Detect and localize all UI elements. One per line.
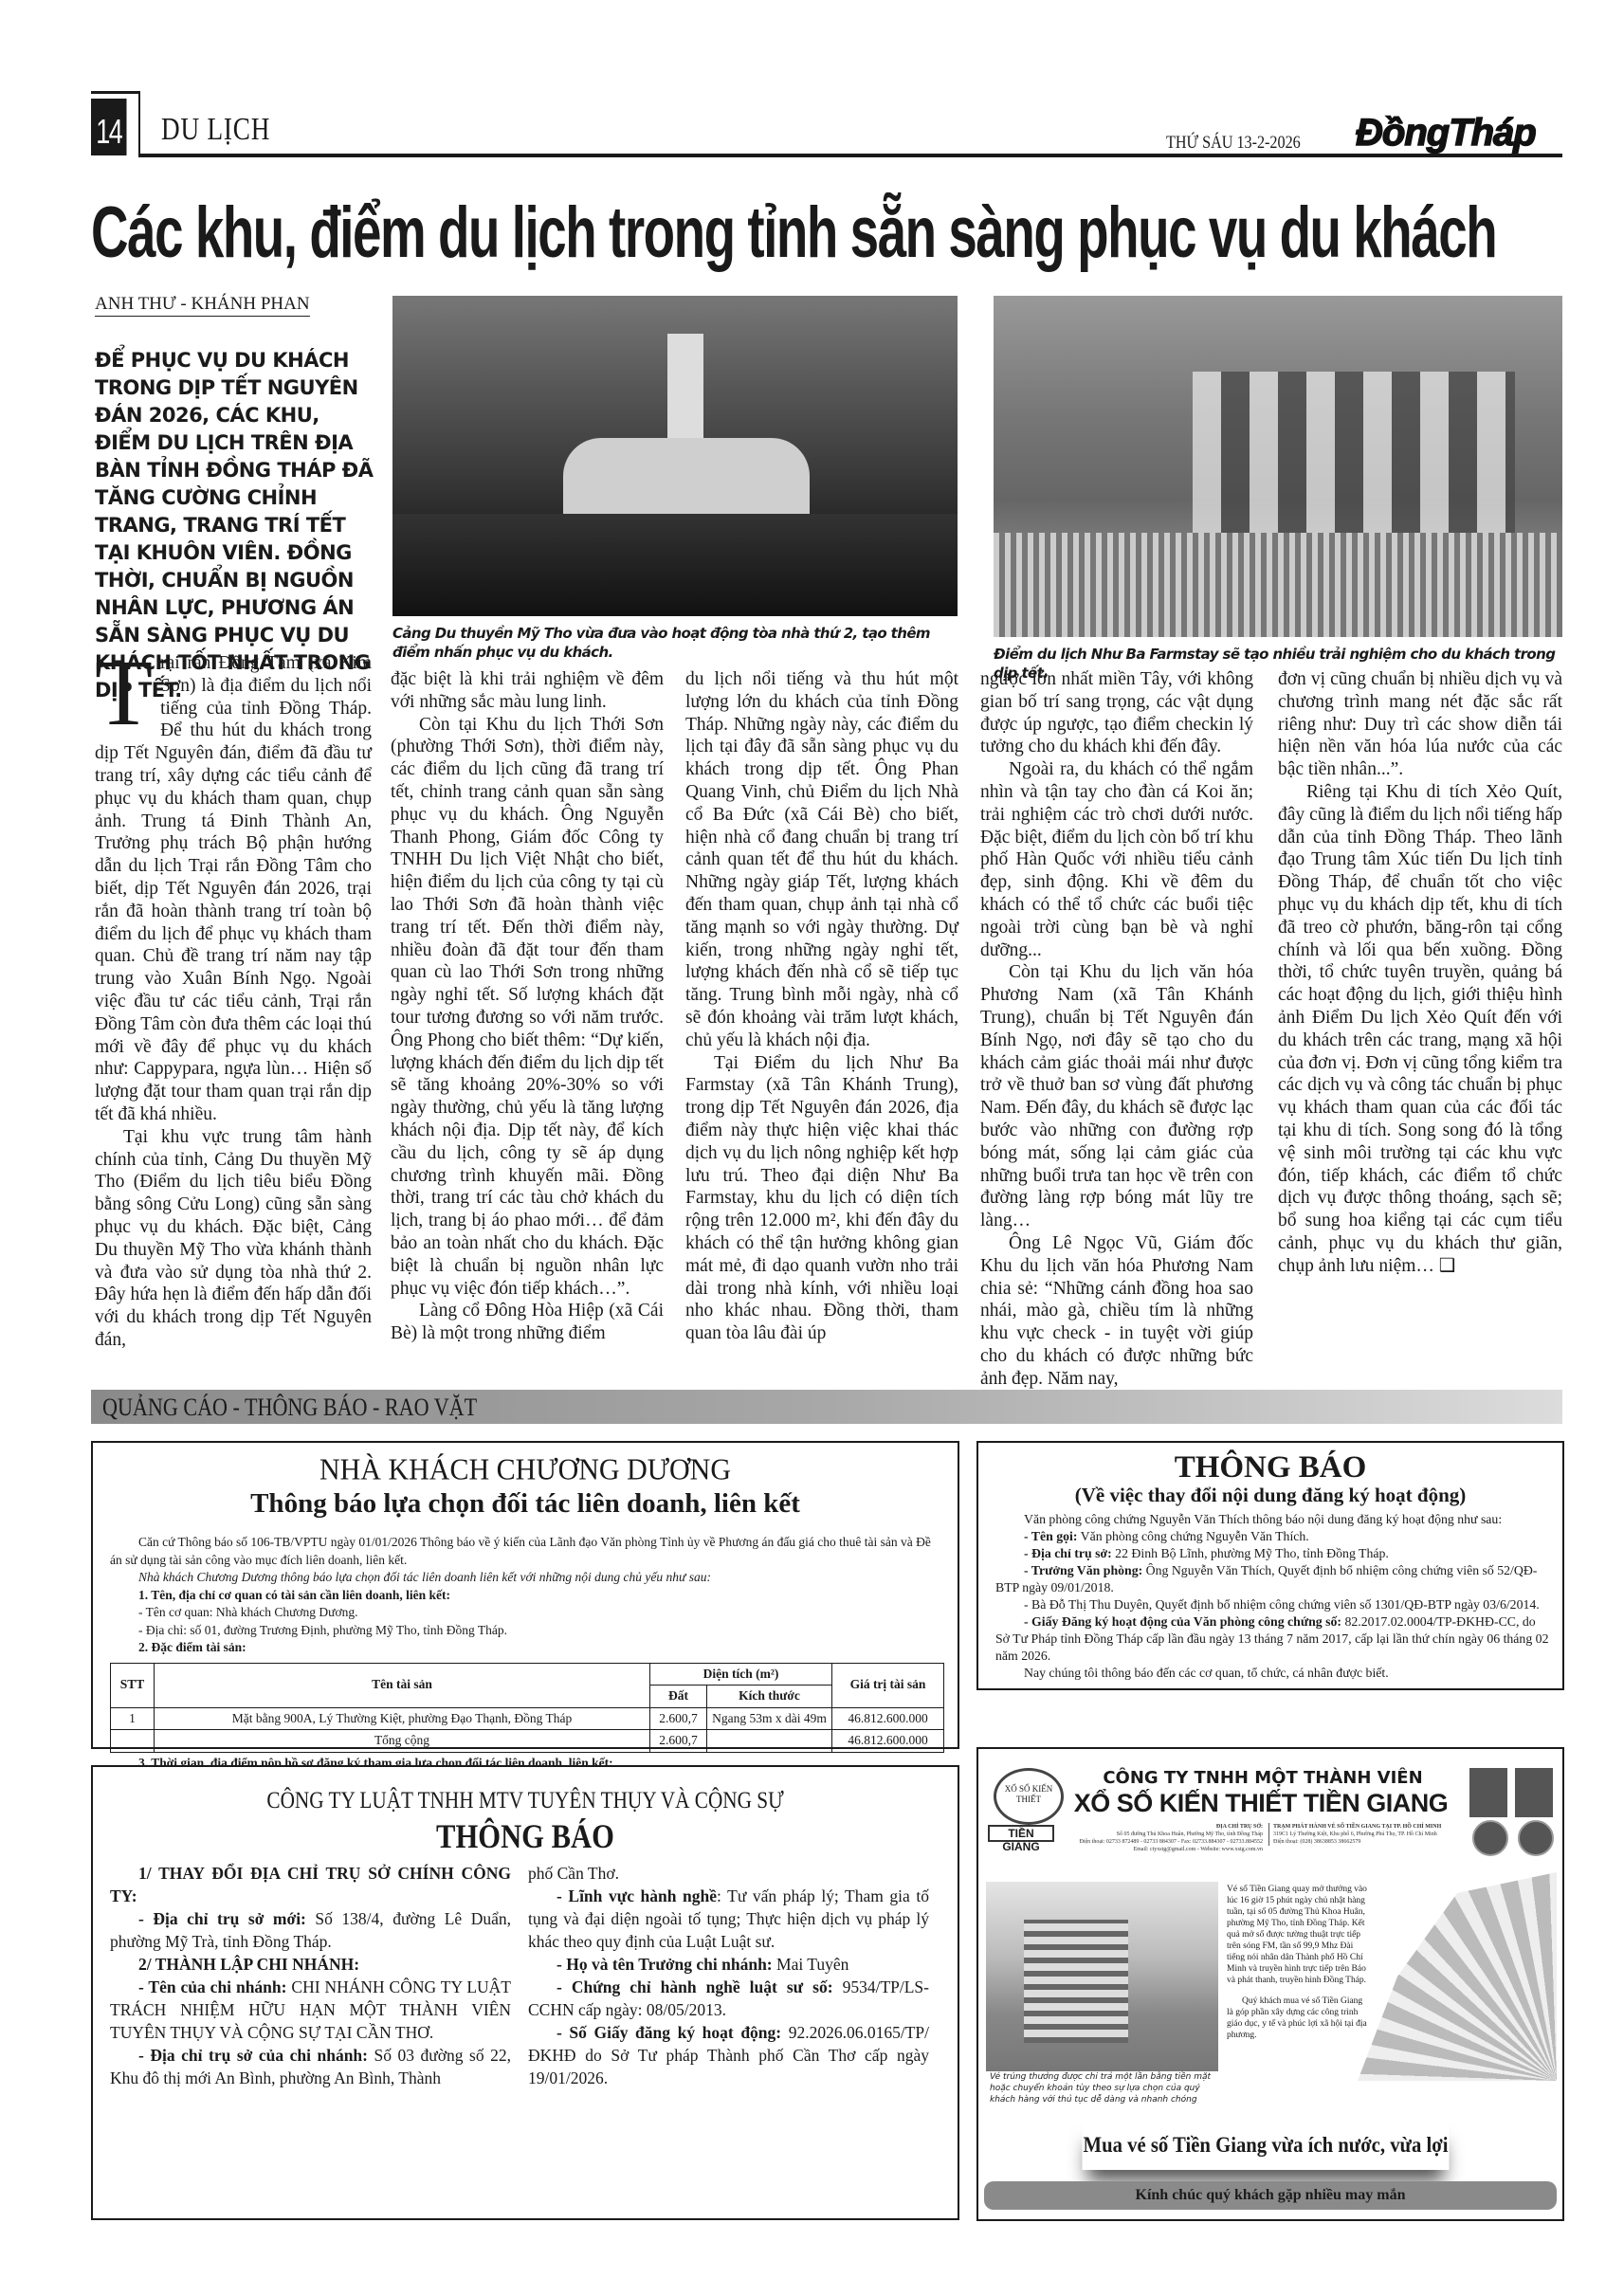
ad-notary-notice: THÔNG BÁO (Về việc thay đổi nội dung đăn… <box>976 1441 1564 1690</box>
article-paragraph: Riêng tại Khu di tích Xẻo Quít, đây cũng… <box>1278 781 1562 1278</box>
ad-line: - Giấy Đăng ký hoạt động của Văn phòng c… <box>995 1613 1551 1665</box>
table-row: 1 Mặt bằng 900A, Lý Thường Kiệt, phường … <box>111 1707 944 1730</box>
article-paragraph: Còn tại Khu du lịch Thới Sơn (phường Thớ… <box>391 714 664 1301</box>
photo-nhu-ba-farmstay <box>994 296 1562 637</box>
lottery-branch-address: TRẠM PHÁT HÀNH VÉ SỐ TIỀN GIANG TẠI TP. … <box>1268 1823 1458 1846</box>
ad-section-title: 1. Tên, địa chỉ cơ quan có tài sản cần l… <box>110 1587 944 1605</box>
photo-caption: Cảng Du thuyền Mỹ Tho vừa đưa vào hoạt đ… <box>392 624 961 662</box>
article-byline: ANH THƯ - KHÁNH PHAN <box>95 294 310 317</box>
photo-people-shape <box>1193 372 1515 542</box>
ad-line: - Địa chỉ trụ sở: 22 Đinh Bộ Lĩnh, phườn… <box>995 1545 1551 1562</box>
article-column-4: ngược lớn nhất miền Tây, với không gian … <box>980 668 1253 1391</box>
ad-column-left: 1/ THAY ĐỔI ĐỊA CHỈ TRỤ SỞ CHÍNH CÔNG TY… <box>110 1862 511 2089</box>
article-paragraph: ngược lớn nhất miền Tây, với không gian … <box>980 668 1253 758</box>
ad-company: CÔNG TY LUẬT TNHH MTV TUYÊN THỤY VÀ CỘNG… <box>157 1788 892 1814</box>
table-header: Tên tài sản <box>155 1663 650 1707</box>
section-title: DU LỊCH <box>161 112 270 148</box>
ad-line: - Tên cơ quan: Nhà khách Chương Dương. <box>110 1604 944 1622</box>
ad-line: - Địa chỉ: số 01, đường Trương Định, phư… <box>110 1622 944 1640</box>
drop-cap: T <box>95 656 153 730</box>
newspaper-logo: ĐồngTháp <box>1356 112 1536 155</box>
ad-subtitle: (Về việc thay đổi nội dung đăng ký hoạt … <box>978 1484 1562 1507</box>
table-header: STT <box>111 1663 155 1707</box>
photo-my-tho-marina <box>392 296 958 616</box>
medal-icon <box>1515 1768 1553 1858</box>
table-header: Kích thước <box>707 1686 832 1708</box>
article-column-1: Trại rắn Đồng Tâm (xã Kim Sơn) là địa đi… <box>95 652 372 1352</box>
ad-paragraph: Nhà khách Chương Dương thông báo lựa chọ… <box>110 1569 944 1587</box>
lottery-hq-address: ĐỊA CHỈ TRỤ SỞ: Số 05 đường Thủ Khoa Huâ… <box>1073 1823 1263 1853</box>
ad-paragraph: Văn phòng công chứng Nguyễn Văn Thích th… <box>995 1511 1551 1528</box>
ad-line: - Tên gọi: Văn phòng công chứng Nguyễn V… <box>995 1528 1551 1545</box>
article-paragraph: đặc biệt là khi trải nghiệm về đêm với n… <box>391 668 664 714</box>
lottery-tickets-image <box>1358 1872 1557 2081</box>
article-column-5: đơn vị cũng chuẩn bị nhiều dịch vụ và ch… <box>1278 668 1562 1278</box>
article-paragraph: du lịch nổi tiếng và thu hút một lượng l… <box>685 668 958 1052</box>
header-rule <box>138 154 1562 157</box>
asset-table: STT Tên tài sản Diện tích (m²) Giá trị t… <box>110 1663 944 1753</box>
ad-title: THÔNG BÁO <box>978 1450 1562 1485</box>
lottery-company-line2: XỔ SỐ KIẾN THIẾT TIỀN GIANG <box>1071 1789 1451 1818</box>
article-paragraph: đơn vị cũng chuẩn bị nhiều dịch vụ và ch… <box>1278 668 1562 781</box>
lottery-logo-label: TIỀN GIANG <box>988 1825 1054 1842</box>
issue-date: THỨ SÁU 13-2-2026 <box>1166 133 1301 154</box>
medal-icon <box>1469 1768 1507 1858</box>
page-number: 14 <box>91 99 127 155</box>
article-column-2: đặc biệt là khi trải nghiệm về đêm với n… <box>391 668 664 1345</box>
classifieds-banner: QUẢNG CÁO - THÔNG BÁO - RAO VẶT <box>91 1390 1562 1424</box>
article-column-3: du lịch nổi tiếng và thu hút một lượng l… <box>685 668 958 1345</box>
ad-lottery-tien-giang: XỔ SỐ KIẾN THIẾT TIỀN GIANG CÔNG TY TNHH… <box>976 1747 1564 2221</box>
table-header: Giá trị tài sản <box>832 1663 944 1707</box>
table-header: Đất <box>650 1686 707 1708</box>
lottery-slogan: Mua vé số Tiền Giang vừa ích nước, vừa l… <box>1083 2121 1450 2170</box>
lottery-building-photo <box>986 1882 1218 2071</box>
article-paragraph: Ngoài ra, du khách có thể ngắm nhìn và t… <box>980 758 1253 961</box>
article-headline: Các khu, điểm du lịch trong tỉnh sẵn sàn… <box>91 197 1156 269</box>
ad-title: THÔNG BÁO <box>157 1816 892 1856</box>
article-paragraph: Làng cổ Đông Hòa Hiệp (xã Cái Bè) là một… <box>391 1300 664 1345</box>
article-paragraph: Còn tại Khu du lịch văn hóa Phương Nam (… <box>980 961 1253 1232</box>
lottery-company-line1: CÔNG TY TNHH MỘT THÀNH VIÊN <box>1083 1768 1443 1788</box>
photo-tower-shape <box>667 334 703 438</box>
photo-building-shape <box>563 438 810 514</box>
article-paragraph: Tại Điểm du lịch Như Ba Farmstay (xã Tân… <box>685 1052 958 1345</box>
header-top-rule <box>91 91 138 94</box>
ad-subtitle: Thông báo lựa chọn đối tác liên doanh, l… <box>93 1488 958 1520</box>
article-paragraph: Tại khu vực trung tâm hành chính của tỉn… <box>95 1126 372 1352</box>
lottery-logo-icon: XỔ SỐ KIẾN THIẾT <box>994 1768 1064 1825</box>
ad-line: - Trưởng Văn phòng: Ông Nguyễn Văn Thích… <box>995 1562 1551 1596</box>
ad-paragraph: Căn cứ Thông báo số 106-TB/VPTU ngày 01/… <box>110 1534 944 1569</box>
ad-column-right: phố Cần Thơ. - Lĩnh vực hành nghề: Tư vấ… <box>528 1862 929 2089</box>
ad-line: - Bà Đỗ Thị Thu Duyên, Quyết định bổ nhi… <box>995 1596 1551 1613</box>
header-divider <box>138 91 140 157</box>
ad-law-firm: CÔNG TY LUẬT TNHH MTV TUYÊN THỤY VÀ CỘNG… <box>91 1765 959 2220</box>
photo-river-shape <box>392 514 958 616</box>
photo-bridge-shape <box>994 533 1562 637</box>
table-header: Diện tích (m²) <box>650 1663 832 1686</box>
ad-chuong-duong: NHÀ KHÁCH CHƯƠNG DƯƠNG Thông báo lựa chọ… <box>91 1441 959 1749</box>
lottery-info: Vé số Tiền Giang quay mở thưởng vào lúc … <box>1227 1884 1369 2041</box>
table-total-row: Tổng cộng 2.600,7 46.812.600.000 <box>111 1730 944 1753</box>
ad-section-title: 2. Đặc điểm tài sản: <box>110 1639 944 1657</box>
lottery-footnote: Vé trúng thưởng được chi trả một lần bằn… <box>990 2071 1227 2105</box>
lottery-wish-banner: Kính chúc quý khách gặp nhiều may mắn <box>984 2181 1557 2210</box>
ad-closing: Nay chúng tôi thông báo đến các cơ quan,… <box>995 1665 1551 1682</box>
article-paragraph: Trại rắn Đồng Tâm (xã Kim Sơn) là địa đi… <box>95 652 372 1126</box>
article-paragraph: Ông Lê Ngọc Vũ, Giám đốc Khu du lịch văn… <box>980 1232 1253 1391</box>
ad-title: NHÀ KHÁCH CHƯƠNG DƯƠNG <box>93 1453 958 1487</box>
